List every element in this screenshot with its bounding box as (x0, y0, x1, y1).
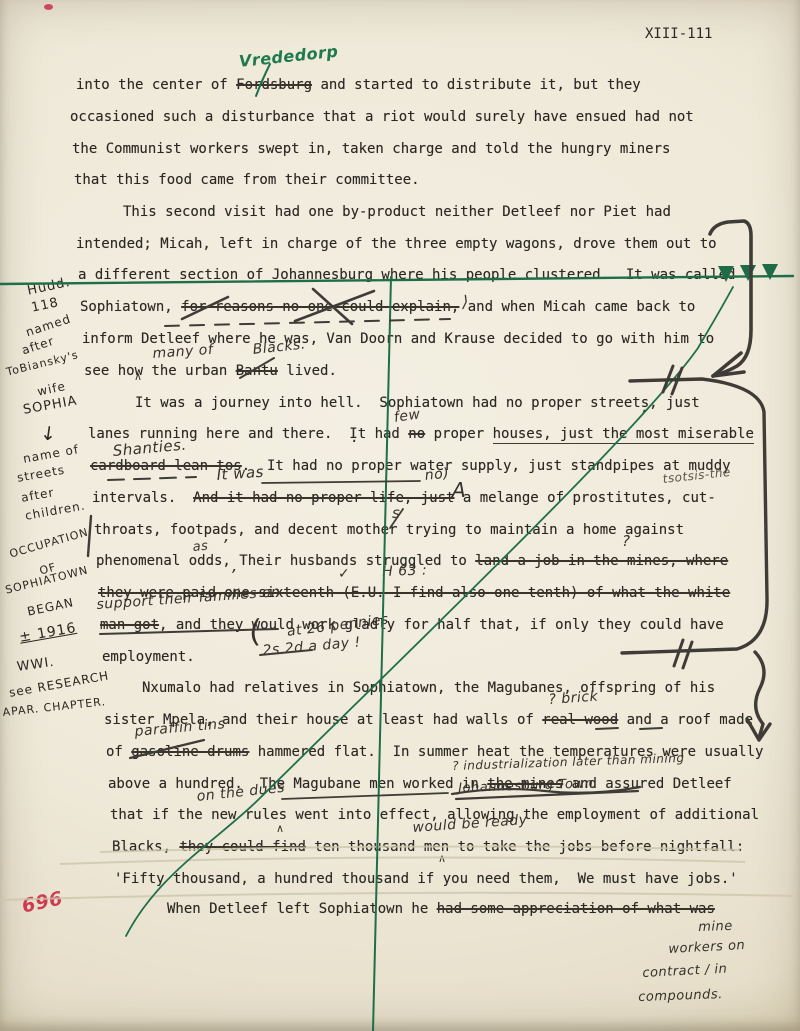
typed-line: they were paid one-sixteenth (E.U. I fin… (98, 584, 730, 603)
margin-hudd: Hudd. (26, 275, 72, 299)
typed-text: . It had no proper water supply, just st… (242, 458, 731, 474)
typed-text: above a hundred. The Magubane men worked… (108, 776, 487, 792)
typed-text: , and they would work gladly for half th… (159, 617, 724, 633)
margin-after2: after (20, 485, 55, 505)
bracket-hash-bottom (674, 640, 692, 668)
margin-1916: ± 1916 (18, 620, 78, 646)
pen-arrowhead (713, 353, 744, 376)
dash-it-was (262, 481, 420, 483)
note-2s2d: 2s 2d a day ! (262, 634, 361, 659)
typed-line: intended; Micah, left in charge of the t… (76, 235, 717, 254)
typed-line: inform Detleef where he was, Van Doorn a… (82, 330, 714, 349)
typed-text: and assured Detleef (563, 776, 732, 792)
struck-text: real wood (542, 712, 618, 728)
typed-line: Nxumalo had relatives in Sophiatown, the… (142, 679, 715, 698)
typed-line: see how the urban Bantu lived. (84, 362, 337, 381)
struck-text: Fordsburg (236, 77, 312, 93)
typed-text: intervals. (92, 490, 193, 506)
typed-line: intervals. And it had no proper life, ju… (92, 489, 716, 508)
green-triangle-marker (740, 265, 756, 281)
margin-tick (88, 516, 91, 556)
typed-line: of gasoline drums hammered flat. In summ… (106, 743, 763, 762)
typed-text: When Detleef left Sophiatown he (167, 901, 437, 917)
dashed-underline (165, 319, 450, 326)
struck-text: no (408, 426, 425, 442)
typed-text: and when Micah came back to (459, 299, 695, 315)
margin-named: named (24, 312, 73, 340)
paper-crease (0, 893, 793, 900)
struck-text: they were paid one-sixteenth (E.U. I fin… (98, 585, 730, 601)
typed-text: of (106, 744, 131, 760)
pen-bracket (622, 379, 767, 653)
typed-line: above a hundred. The Magubane men worked… (108, 775, 732, 794)
struck-text: Bantu (236, 363, 278, 379)
typed-text: that this food came from their committee… (74, 172, 420, 188)
typed-text: the Communist workers swept in, taken ch… (72, 141, 670, 157)
typed-text: throats, footpads, and decent mother try… (94, 522, 684, 538)
typed-line: When Detleef left Sophiatown he had some… (167, 900, 715, 919)
typed-text: a melange of prostitutes, cut- (454, 490, 715, 506)
margin-after: after (20, 334, 56, 358)
typed-text: occasioned such a disturbance that a rio… (70, 109, 694, 125)
manuscript-page: XIII-111 into the center of Fordsburg an… (0, 0, 800, 1031)
typed-text: Sophiatown, (80, 299, 181, 315)
footnote-compounds: compounds. (638, 987, 723, 1005)
typed-line: It was a journey into hell. Sophiatown h… (135, 394, 700, 413)
margin-down-arrow: ↓ (39, 422, 59, 446)
footnote-contract: contract / in (642, 962, 728, 981)
typed-line: throats, footpads, and decent mother try… (94, 521, 684, 540)
margin-name-of: name of (22, 442, 80, 466)
typed-text: see how the urban (84, 363, 236, 379)
typed-text: and started to distribute it, but they (312, 77, 641, 93)
struck-text: for reasons no one could explain, (181, 299, 459, 315)
typed-text: sister Mpela, and their house at least h… (104, 712, 542, 728)
typed-text: intended; Micah, left in charge of the t… (76, 236, 717, 252)
page-number: XIII-111 (645, 26, 712, 42)
margin-see-research: see RESEARCH (8, 668, 110, 699)
dashed-underline-cardboard (108, 477, 196, 480)
typed-text: hammered flat. In summer heat the temper… (249, 744, 763, 760)
typed-line: lanes running here and there. It had no … (88, 425, 754, 444)
typed-line: into the center of Fordsburg and started… (76, 76, 641, 95)
typed-text: 'Fifty thousand, a hundred thousand if y… (114, 871, 738, 887)
typed-text: lived. (278, 363, 337, 379)
struck-text: the mines (487, 776, 563, 792)
margin-sophiatown: SOPHIATOWN (4, 563, 90, 596)
struck-text: man got (100, 617, 159, 633)
typed-line: sister Mpela, and their house at least h… (104, 711, 753, 730)
margin-tobiansky: ToBiansky's (5, 348, 80, 378)
typed-text: proper (425, 426, 492, 442)
typed-text: Nxumalo had relatives in Sophiatown, the… (142, 680, 715, 696)
typed-line: that this food came from their committee… (74, 171, 420, 190)
typed-text: inform Detleef where he was, Van Doorn a… (82, 331, 714, 347)
red-spot (44, 4, 53, 10)
margin-apar-chapter: APAR. CHAPTER. (2, 695, 107, 719)
typed-text: houses, just the most miserable (493, 426, 754, 444)
margin-118: 118 (30, 295, 60, 315)
typed-line: employment. (102, 648, 195, 667)
typed-text: phenomenal odds, Their husbands struggle… (96, 553, 475, 569)
typed-line: Blacks, they could find ten thousand men… (112, 838, 744, 857)
green-triangle-marker (762, 264, 778, 280)
footnote-workers-on: workers on (668, 938, 746, 957)
margin-of: OF (38, 560, 58, 577)
margin-children: children. (24, 498, 86, 522)
typed-line: 'Fifty thousand, a hundred thousand if y… (114, 870, 738, 889)
typed-text: ten thousand men to take the jobs before… (306, 839, 744, 855)
typed-line: phenomenal odds, Their husbands struggle… (96, 552, 728, 571)
typed-text: into the center of (76, 77, 236, 93)
struck-text: And it had no proper life, just (193, 490, 454, 506)
typed-text: lanes running here and there. It had (88, 426, 408, 442)
struck-text: cardboard lean-tos (90, 458, 242, 474)
typed-line: the Communist workers swept in, taken ch… (72, 140, 670, 159)
typed-text: employment. (102, 649, 195, 665)
margin-wwi: WWI. (16, 655, 55, 675)
typed-line: man got, and they would work gladly for … (100, 616, 724, 635)
margin-occupation: OCCUPATION (8, 526, 90, 561)
typed-line: cardboard lean-tos. It had no proper wat… (90, 457, 731, 476)
typed-line: Sophiatown, for reasons no one could exp… (80, 298, 695, 317)
typed-text: and a roof made (618, 712, 753, 728)
margin-streets: streets (16, 463, 66, 485)
bracket-hash-top (663, 366, 682, 394)
typed-text: It was a journey into hell. Sophiatown h… (135, 395, 700, 411)
correction-vrededorp: Vrededorp (238, 42, 339, 71)
footnote-mine: mine (698, 919, 733, 935)
struck-text: had some appreciation of what was (437, 901, 715, 917)
strike-2s2d (260, 650, 312, 655)
typed-text: Blacks, (112, 839, 179, 855)
typed-line: a different section of Johannesburg wher… (78, 266, 735, 285)
typed-line: occasioned such a disturbance that a rio… (70, 108, 694, 127)
folio-number: 696 (20, 887, 65, 917)
margin-sophia: SOPHIA (22, 393, 79, 417)
margin-wife: wife (36, 379, 67, 399)
struck-text: land a job in the mines, where (475, 553, 728, 569)
margin-began: BEGAN (26, 595, 75, 619)
struck-text: gasoline drums (131, 744, 249, 760)
pen-arrow-tail (755, 652, 764, 738)
typed-text: a different section of Johannesburg wher… (78, 267, 735, 283)
struck-text: they could find (179, 839, 305, 855)
typed-text: that if the new rules went into effect, … (110, 807, 759, 823)
paper-crease (60, 857, 745, 864)
typed-line: that if the new rules went into effect, … (110, 806, 759, 825)
typed-line: This second visit had one by-product nei… (123, 203, 671, 222)
typed-text: This second visit had one by-product nei… (123, 204, 671, 220)
